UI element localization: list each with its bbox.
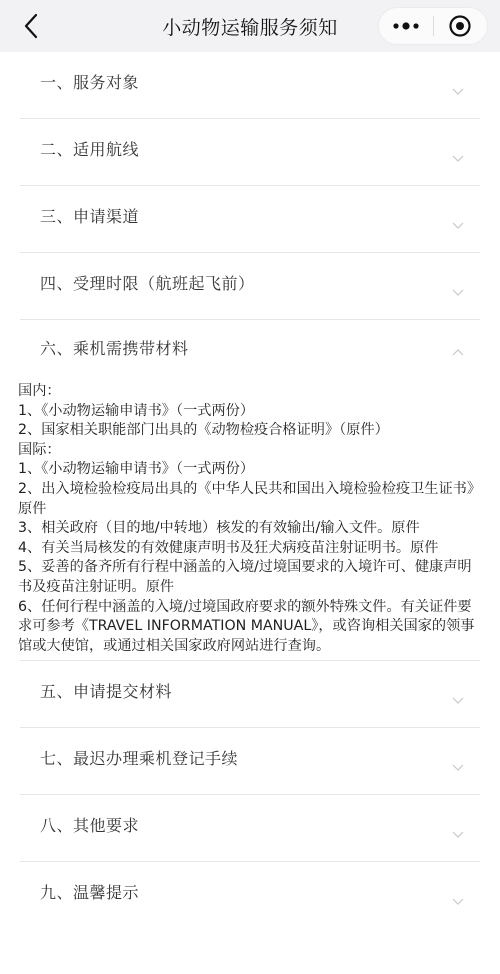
navigation-bar: 小动物运输服务须知 — [0, 0, 500, 52]
body-line: 6、任何行程中涵盖的入境/过境国政府要求的额外特殊文件。有关证件要求可参考《TR… — [18, 598, 478, 657]
chevron-down-icon — [452, 222, 464, 230]
section-title: 八、其他要求 — [40, 813, 139, 836]
section-title: 七、最迟办理乘机登记手续 — [40, 746, 238, 769]
back-button[interactable] — [16, 10, 46, 42]
body-line: 1、《小动物运输申请书》（一式两份） — [18, 460, 478, 480]
section-service-target: 一、服务对象 — [20, 52, 480, 119]
section-header[interactable]: 九、温馨提示 — [20, 862, 480, 929]
chevron-down-icon — [452, 898, 464, 906]
section-title: 二、适用航线 — [40, 137, 139, 160]
target-circle-icon — [448, 14, 472, 38]
more-dots-icon — [392, 21, 420, 31]
body-line-international-heading: 国际： — [18, 441, 478, 461]
body-line: 2、出入境检验检疫局出具的《中华人民共和国出入境检验检疫卫生证书》原件 — [18, 480, 478, 519]
section-applicable-routes: 二、适用航线 — [20, 119, 480, 186]
section-processing-time: 四、受理时限（航班起飞前） — [20, 253, 480, 320]
section-header[interactable]: 六、乘机需携带材料 — [20, 320, 480, 382]
section-body: 国内： 1、《小动物运输申请书》（一式两份） 2、国家相关职能部门出具的《动物检… — [20, 382, 480, 661]
section-title: 四、受理时限（航班起飞前） — [40, 271, 255, 294]
chevron-left-icon — [23, 13, 39, 39]
body-line: 1、《小动物运输申请书》（一式两份） — [18, 402, 478, 422]
section-tips: 九、温馨提示 — [20, 862, 480, 929]
section-header[interactable]: 二、适用航线 — [20, 119, 480, 186]
chevron-down-icon — [452, 764, 464, 772]
body-line: 3、相关政府（目的地/中转地）核发的有效输出/输入文件。原件 — [18, 519, 478, 539]
body-line: 2、国家相关职能部门出具的《动物检疫合格证明》（原件） — [18, 421, 478, 441]
body-line: 4、有关当局核发的有效健康声明书及狂犬病疫苗注射证明书。原件 — [18, 539, 478, 559]
section-header[interactable]: 八、其他要求 — [20, 795, 480, 862]
more-button[interactable] — [379, 8, 433, 44]
section-other-requirements: 八、其他要求 — [20, 795, 480, 862]
section-header[interactable]: 五、申请提交材料 — [20, 661, 480, 728]
section-title: 六、乘机需携带材料 — [40, 336, 189, 359]
notice-accordion: 一、服务对象 二、适用航线 三、申请渠道 四、受理时限（航班起飞前） 六、乘机需… — [0, 52, 500, 929]
chevron-down-icon — [452, 155, 464, 163]
chevron-down-icon — [452, 831, 464, 839]
section-application-channels: 三、申请渠道 — [20, 186, 480, 253]
section-header[interactable]: 七、最迟办理乘机登记手续 — [20, 728, 480, 795]
section-title: 九、温馨提示 — [40, 880, 139, 903]
chevron-down-icon — [452, 88, 464, 96]
chevron-up-icon — [452, 348, 464, 356]
section-title: 一、服务对象 — [40, 70, 139, 93]
chevron-down-icon — [452, 697, 464, 705]
section-title: 三、申请渠道 — [40, 204, 139, 227]
section-title: 五、申请提交材料 — [40, 679, 172, 702]
section-header[interactable]: 三、申请渠道 — [20, 186, 480, 253]
page-title: 小动物运输服务须知 — [162, 13, 338, 40]
mini-program-capsule — [378, 7, 488, 45]
chevron-down-icon — [452, 289, 464, 297]
body-line-domestic-heading: 国内： — [18, 382, 478, 402]
section-boarding-materials: 六、乘机需携带材料 国内： 1、《小动物运输申请书》（一式两份） 2、国家相关职… — [20, 320, 480, 661]
section-submission-materials: 五、申请提交材料 — [20, 661, 480, 728]
section-checkin-deadline: 七、最迟办理乘机登记手续 — [20, 728, 480, 795]
close-mini-program-button[interactable] — [434, 8, 488, 44]
body-line: 5、妥善的备齐所有行程中涵盖的入境/过境国要求的入境许可、健康声明书及疫苗注射证… — [18, 558, 478, 597]
section-header[interactable]: 四、受理时限（航班起飞前） — [20, 253, 480, 320]
section-header[interactable]: 一、服务对象 — [20, 52, 480, 119]
